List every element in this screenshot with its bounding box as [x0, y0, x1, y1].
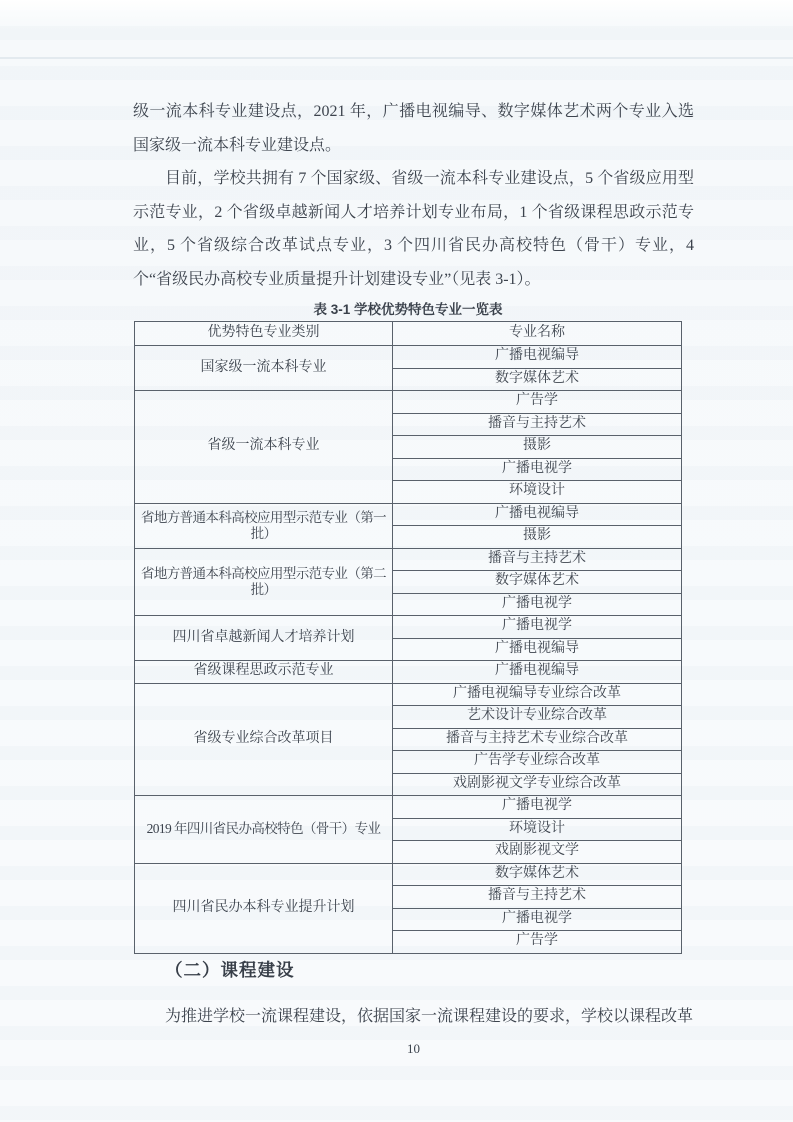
major-cell: 广播电视学	[393, 908, 682, 931]
category-cell: 省地方普通本科高校应用型示范专业（第二批）	[135, 548, 393, 616]
major-cell: 数字媒体艺术	[393, 863, 682, 886]
features-table-body: 国家级一流本科专业广播电视编导数字媒体艺术省级一流本科专业广告学播音与主持艺术摄…	[135, 346, 682, 954]
major-cell: 广告学	[393, 391, 682, 414]
major-cell: 环境设计	[393, 481, 682, 504]
major-cell: 广播电视编导	[393, 346, 682, 369]
major-cell: 广播电视编导	[393, 661, 682, 684]
paragraph-closing: 为推进学校一流课程建设，依据国家一流课程建设的要求，学校以课程改革	[133, 1000, 694, 1034]
major-cell: 戏剧影视文学专业综合改革	[393, 773, 682, 796]
category-cell: 省地方普通本科高校应用型示范专业（第一批）	[135, 503, 393, 548]
table-row: 四川省卓越新闻人才培养计划广播电视学	[135, 616, 682, 639]
paragraph-continuation: 级一流本科专业建设点，2021 年，广播电视编导、数字媒体艺术两个专业入选国家级…	[133, 95, 694, 162]
category-cell: 四川省民办本科专业提升计划	[135, 863, 393, 953]
major-cell: 戏剧影视文学	[393, 841, 682, 864]
major-cell: 艺术设计专业综合改革	[393, 706, 682, 729]
major-cell: 广播电视学	[393, 458, 682, 481]
major-cell: 播音与主持艺术	[393, 548, 682, 571]
table-row: 省地方普通本科高校应用型示范专业（第二批）播音与主持艺术	[135, 548, 682, 571]
category-cell: 省级专业综合改革项目	[135, 683, 393, 796]
major-cell: 广告学专业综合改革	[393, 751, 682, 774]
table-row: 省地方普通本科高校应用型示范专业（第一批）广播电视编导	[135, 503, 682, 526]
category-cell: 省级一流本科专业	[135, 391, 393, 504]
major-cell: 数字媒体艺术	[393, 368, 682, 391]
category-cell: 2019 年四川省民办高校特色（骨干）专业	[135, 796, 393, 864]
major-cell: 摄影	[393, 526, 682, 549]
table-row: 2019 年四川省民办高校特色（骨干）专业广播电视学	[135, 796, 682, 819]
table-row: 四川省民办本科专业提升计划数字媒体艺术	[135, 863, 682, 886]
table-caption: 表 3-1 学校优势特色专业一览表	[134, 298, 682, 318]
page-number: 10	[133, 1041, 694, 1057]
features-table: 优势特色专业类别 专业名称 国家级一流本科专业广播电视编导数字媒体艺术省级一流本…	[134, 321, 682, 954]
major-cell: 广播电视编导	[393, 638, 682, 661]
major-cell: 播音与主持艺术	[393, 413, 682, 436]
section-heading: （二）课程建设	[165, 957, 295, 982]
category-cell: 国家级一流本科专业	[135, 346, 393, 391]
category-cell: 四川省卓越新闻人才培养计划	[135, 616, 393, 661]
column-header-category: 优势特色专业类别	[135, 322, 393, 346]
document-page: 级一流本科专业建设点，2021 年，广播电视编导、数字媒体艺术两个专业入选国家级…	[0, 0, 793, 1122]
scan-artifact-line	[0, 57, 793, 59]
table-row: 国家级一流本科专业广播电视编导	[135, 346, 682, 369]
major-cell: 广播电视学	[393, 616, 682, 639]
major-cell: 播音与主持艺术专业综合改革	[393, 728, 682, 751]
major-cell: 广播电视学	[393, 796, 682, 819]
major-cell: 数字媒体艺术	[393, 571, 682, 594]
major-cell: 广告学	[393, 931, 682, 954]
table-row: 省级专业综合改革项目广播电视编导专业综合改革	[135, 683, 682, 706]
table-row: 省级课程思政示范专业广播电视编导	[135, 661, 682, 684]
major-cell: 摄影	[393, 436, 682, 459]
major-cell: 广播电视编导	[393, 503, 682, 526]
major-cell: 播音与主持艺术	[393, 886, 682, 909]
paragraph-overview: 目前，学校共拥有 7 个国家级、省级一流本科专业建设点，5 个省级应用型示范专业…	[133, 162, 694, 296]
category-cell: 省级课程思政示范专业	[135, 661, 393, 684]
major-cell: 环境设计	[393, 818, 682, 841]
major-cell: 广播电视编导专业综合改革	[393, 683, 682, 706]
column-header-major: 专业名称	[393, 322, 682, 346]
major-cell: 广播电视学	[393, 593, 682, 616]
table-row: 省级一流本科专业广告学	[135, 391, 682, 414]
table-header-row: 优势特色专业类别 专业名称	[135, 322, 682, 346]
